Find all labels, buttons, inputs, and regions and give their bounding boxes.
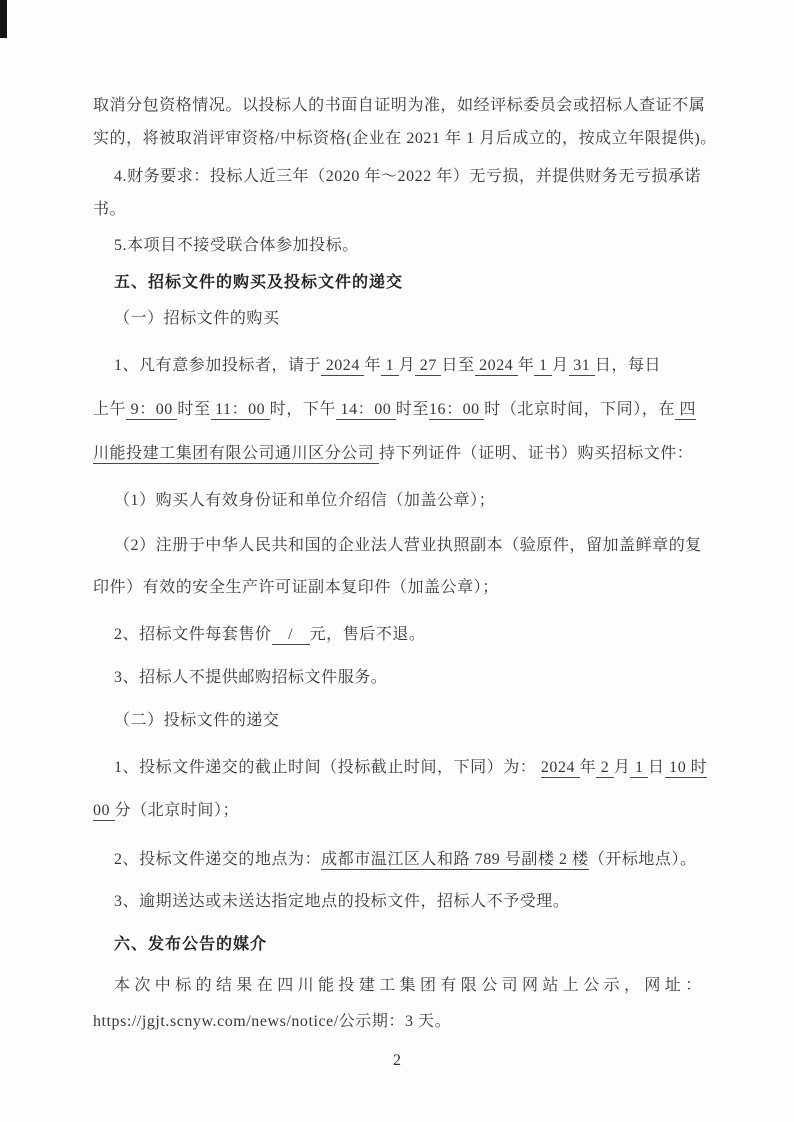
underlined-blank-value: 2: [596, 759, 614, 778]
text-segment: 年: [364, 357, 381, 374]
doc-line-2: 实的，将被取消评审资格/中标资格(企业在 2021 年 1 月后成立的，按成立年…: [93, 128, 717, 150]
doc-line-23: https://jgjt.scnyw.com/news/notice/公示期：3…: [93, 1011, 451, 1033]
text-segment: 持下列证件（证明、证书）购买招标文件：: [379, 445, 693, 462]
text-segment: 1、投标文件递交的截止时间（投标截止时间，下同）为：: [114, 759, 541, 776]
underlined-blank-value: 2024: [475, 357, 518, 376]
doc-line-1: 取消分包资格情况。以投标人的书面自证明为准，如经评标委员会或招标人查证不属: [93, 95, 705, 117]
underlined-blank-value: 00: [93, 802, 115, 821]
text-segment: 3、逾期送达或未送达指定地点的投标文件，招标人不予受理。: [114, 893, 569, 910]
text-segment: 日，每日: [595, 357, 661, 374]
page-number: 2: [0, 1052, 794, 1070]
underlined-blank-value: 成都市温江区人和路 789 号副楼 2 楼: [321, 851, 589, 870]
text-segment: 2、投标文件递交的地点为：: [114, 851, 321, 868]
underlined-blank-value: 9：00: [126, 401, 177, 420]
doc-line-16: （二）投标文件的递交: [93, 710, 280, 732]
text-segment: 年: [518, 357, 535, 374]
text-segment: 元，售后不退。: [310, 626, 426, 643]
doc-line-20: 3、逾期送达或未送达指定地点的投标文件，招标人不予受理。: [93, 891, 569, 913]
text-segment: 时至: [396, 401, 429, 418]
underlined-blank-value: 16：00: [429, 401, 484, 420]
text-segment: 4.财务要求：投标人近三年（2020 年～2022 年）无亏损，并提供财务无亏损…: [114, 168, 701, 185]
text-segment: https://jgjt.scnyw.com/news/notice/公示期：3…: [93, 1013, 451, 1030]
text-segment: （2）注册于中华人民共和国的企业法人营业执照副本（验原件，留加盖鲜章的复: [114, 537, 702, 554]
text-segment: （一）招标文件的购买: [114, 310, 280, 327]
text-segment: 年: [580, 759, 597, 776]
doc-line-12: （2）注册于中华人民共和国的企业法人营业执照副本（验原件，留加盖鲜章的复: [93, 535, 702, 557]
text-segment: 3、招标人不提供邮购招标文件服务。: [114, 669, 387, 686]
underlined-blank-value: /: [272, 626, 310, 645]
text-segment: 本次中标的结果在四川能投建工集团有限公司网站上公示，网址：: [114, 977, 706, 994]
underlined-blank-value: 14：00: [336, 401, 396, 420]
text-segment: 5.本项目不接受联合体参加投标。: [114, 237, 359, 254]
text-segment: 分（北京时间）；: [115, 802, 239, 819]
text-segment: 月: [552, 357, 569, 374]
text-segment: （1）购买人有效身份证和单位介绍信（加盖公章）；: [114, 492, 495, 509]
document-page: 取消分包资格情况。以投标人的书面自证明为准，如经评标委员会或招标人查证不属实的，…: [0, 0, 794, 1122]
doc-line-5: 5.本项目不接受联合体参加投标。: [93, 235, 359, 257]
underlined-blank-value: 1: [534, 357, 552, 376]
text-segment: 月: [614, 759, 631, 776]
text-segment: （开标地点）。: [589, 851, 697, 868]
text-segment: 时（北京时间，下同），在: [484, 401, 675, 418]
doc-line-14: 2、招标文件每套售价 / 元，售后不退。: [93, 624, 425, 646]
text-segment: 时至: [177, 401, 210, 418]
doc-line-4: 书。: [93, 199, 126, 221]
doc-line-15: 3、招标人不提供邮购招标文件服务。: [93, 667, 387, 689]
text-segment: 1、凡有意参加投标者，请于: [114, 357, 321, 374]
underlined-blank-value: 1: [381, 357, 399, 376]
doc-line-21: 六、发布公告的媒介: [93, 934, 267, 956]
doc-line-3: 4.财务要求：投标人近三年（2020 年～2022 年）无亏损，并提供财务无亏损…: [93, 166, 701, 188]
text-segment: 书。: [93, 201, 126, 218]
underlined-blank-value: 1: [630, 759, 648, 778]
text-segment: 实的，将被取消评审资格/中标资格(企业在 2021 年 1 月后成立的，按成立年…: [93, 130, 717, 147]
underlined-blank-value: 2024: [541, 759, 580, 778]
underlined-blank-value: 10 时: [665, 759, 708, 778]
text-segment: 2、招标文件每套售价: [114, 626, 272, 643]
text-segment: 时，下午: [270, 401, 336, 418]
scan-artifact-mark: [0, 0, 7, 38]
text-segment: 五、招标文件的购买及投标文件的递交: [114, 274, 403, 291]
doc-line-13: 印件）有效的安全生产许可证副本复印件（加盖公章）；: [93, 577, 499, 599]
doc-line-19: 2、投标文件递交的地点为：成都市温江区人和路 789 号副楼 2 楼（开标地点）…: [93, 849, 697, 871]
text-segment: 日: [648, 759, 665, 776]
text-segment: 月: [399, 357, 416, 374]
doc-line-11: （1）购买人有效身份证和单位介绍信（加盖公章）；: [93, 490, 495, 512]
doc-line-17: 1、投标文件递交的截止时间（投标截止时间，下同）为： 2024 年 2 月 1 …: [93, 757, 707, 779]
doc-line-7: （一）招标文件的购买: [93, 308, 280, 330]
underlined-blank-value: 川能投建工集团有限公司通川区分公司: [93, 445, 379, 464]
text-segment: 日至: [441, 357, 474, 374]
underlined-blank-value: 27: [415, 357, 441, 376]
underlined-blank-value: 31: [569, 357, 595, 376]
underlined-blank-value: 11：00: [211, 401, 270, 420]
doc-line-6: 五、招标文件的购买及投标文件的递交: [93, 272, 403, 294]
underlined-blank-value: 2024: [321, 357, 364, 376]
doc-line-8: 1、凡有意参加投标者，请于 2024 年 1 月 27 日至 2024 年 1 …: [93, 355, 661, 377]
doc-line-9: 上午 9：00 时至 11：00 时，下午 14：00 时至16：00 时（北京…: [93, 399, 696, 421]
text-segment: 六、发布公告的媒介: [114, 936, 267, 953]
text-segment: 印件）有效的安全生产许可证副本复印件（加盖公章）；: [93, 579, 499, 596]
text-segment: 取消分包资格情况。以投标人的书面自证明为准，如经评标委员会或招标人查证不属: [93, 97, 705, 114]
doc-line-18: 00 分（北京时间）；: [93, 800, 239, 822]
doc-line-22: 本次中标的结果在四川能投建工集团有限公司网站上公示，网址：: [93, 975, 706, 997]
text-segment: （二）投标文件的递交: [114, 712, 280, 729]
underlined-blank-value: 四: [675, 401, 696, 420]
doc-line-10: 川能投建工集团有限公司通川区分公司 持下列证件（证明、证书）购买招标文件：: [93, 443, 693, 465]
text-segment: 上午: [93, 401, 126, 418]
